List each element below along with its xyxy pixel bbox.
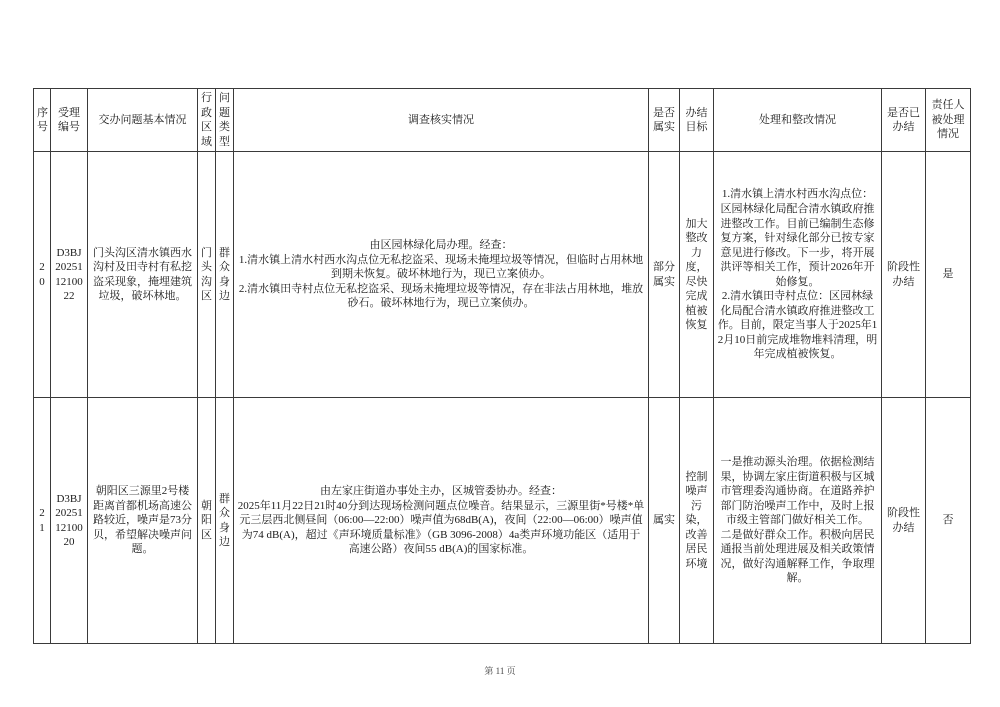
row20-accountability: 是: [926, 152, 971, 398]
row21-problem: 朝阳区三源里2号楼距离首都机场高速公路较近，噪声是73分贝，希望解决噪声问题。: [88, 398, 198, 644]
row21-district: 朝阳区: [198, 398, 216, 644]
row20-closed: 阶段性办结: [882, 152, 926, 398]
row20-handling: 1.清水镇上清水村西水沟点位：区园林绿化局配合清水镇政府推进整改工作。目前已编制…: [714, 152, 882, 398]
issues-table: 序号 受理编号 交办问题基本情况 行政区域 问题类型 调查核实情况 是否属实 办…: [33, 88, 971, 644]
header-problem: 交办问题基本情况: [88, 89, 198, 152]
row21-handling: 一是推动源头治理。依据检测结果，协调左家庄街道积极与区城市管理委沟通协商。在道路…: [714, 398, 882, 644]
row20-district: 门头沟区: [198, 152, 216, 398]
row20-seq: 20: [34, 152, 51, 398]
header-type: 问题类型: [216, 89, 234, 152]
header-district: 行政区域: [198, 89, 216, 152]
header-verified: 是否属实: [649, 89, 680, 152]
row20-type: 群众身边: [216, 152, 234, 398]
row20-verified: 部分属实: [649, 152, 680, 398]
row21-seq: 21: [34, 398, 51, 644]
row21-type: 群众身边: [216, 398, 234, 644]
header-accountability: 责任人被处理情况: [926, 89, 971, 152]
issues-table-wrap: 序号 受理编号 交办问题基本情况 行政区域 问题类型 调查核实情况 是否属实 办…: [33, 88, 971, 644]
header-case-id: 受理编号: [51, 89, 88, 152]
row20-case-id: D3BJ202511210022: [51, 152, 88, 398]
row21-verified: 属实: [649, 398, 680, 644]
row20-investigation: 由区园林绿化局办理。经查： 1.清水镇上清水村西水沟点位无私挖盗采、现场未掩埋垃…: [234, 152, 649, 398]
document-page: 序号 受理编号 交办问题基本情况 行政区域 问题类型 调查核实情况 是否属实 办…: [0, 0, 1000, 707]
header-investigation: 调查核实情况: [234, 89, 649, 152]
row21-case-id: D3BJ202511210020: [51, 398, 88, 644]
header-goal: 办结目标: [680, 89, 714, 152]
table-row-21: 21 D3BJ202511210020 朝阳区三源里2号楼距离首都机场高速公路较…: [34, 398, 971, 644]
row21-investigation: 由左家庄街道办事处主办，区城管委协办。经查： 2025年11月22日21时40分…: [234, 398, 649, 644]
table-header-row: 序号 受理编号 交办问题基本情况 行政区域 问题类型 调查核实情况 是否属实 办…: [34, 89, 971, 152]
header-closed: 是否已办结: [882, 89, 926, 152]
row21-goal: 控制噪声污染，改善居民环境: [680, 398, 714, 644]
row20-problem: 门头沟区清水镇西水沟村及田寺村有私挖盗采现象，掩埋建筑垃圾，破坏林地。: [88, 152, 198, 398]
page-number: 第 11 页: [0, 664, 1000, 677]
row21-accountability: 否: [926, 398, 971, 644]
row20-goal: 加大整改力度，尽快完成植被恢复: [680, 152, 714, 398]
row21-closed: 阶段性办结: [882, 398, 926, 644]
header-seq: 序号: [34, 89, 51, 152]
header-handling: 处理和整改情况: [714, 89, 882, 152]
table-row-20: 20 D3BJ202511210022 门头沟区清水镇西水沟村及田寺村有私挖盗采…: [34, 152, 971, 398]
